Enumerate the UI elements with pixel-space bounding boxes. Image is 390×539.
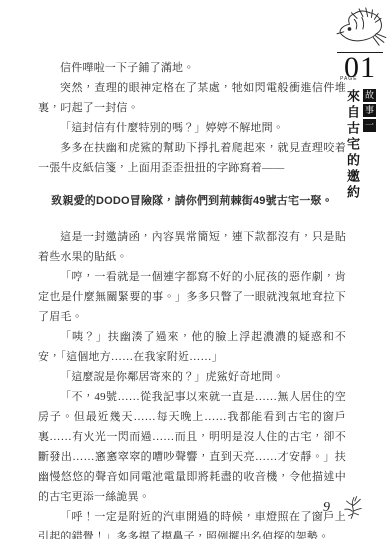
chapter-title: 來自古宅的邀約 [344,89,360,201]
paragraph: 「哼，一看就是一個連字都寫不好的小屁孩的惡作劇，肯定也是什麼無關緊要的事。」多多… [38,267,346,327]
story-label-char: 一 [363,119,376,132]
paragraph: 「咦？」扶幽湊了過來，他的臉上浮起濃濃的疑惑和不安，「這個地方……在我家附近……… [38,327,346,367]
book-page: 信件嘩啦一下子鋪了滿地。 突然，查理的眼神定格在了某處，牠如閃電般衝進信件堆裏，… [0,0,390,539]
paragraph: 「不，49號……從我記事以來就一直是……無人居住的空房子。但最近幾天……每天晚上… [38,387,346,507]
plant-sketch-icon [342,494,364,521]
paragraph: 突然，查理的眼神定格在了某處，牠如閃電般衝進信件堆裏，叼起了一封信。 [38,78,346,118]
page-footer: 9 [323,494,364,521]
chapter-title-block: 來自古宅的邀約 故 事 一 [344,89,376,201]
paragraph: 「呼！一定是附近的汽車開過的時候，車燈照在了窗戶上引起的錯覺！」多多摸了摸鼻子，… [38,507,346,539]
story-label: 故 事 一 [363,89,376,132]
paragraph: 「這封信有什麼特別的嗎？」婷婷不解地問。 [38,118,346,138]
chapter-header: 01 PAGE 來自古宅的邀約 故 事 一 [332,6,388,201]
paragraph: 這是一封邀請函，內容異常簡短，連下款都沒有，只是貼着些水果的貼紙。 [38,227,346,267]
page-number: 9 [323,500,330,516]
paragraph: 信件嘩啦一下子鋪了滿地。 [38,58,346,78]
page-word-label: PAGE [340,76,358,82]
bird-sketch-icon [333,6,387,50]
chapter-number-block: 01 PAGE [337,53,383,83]
story-label-char: 事 [363,104,376,117]
paragraph: 多多在扶幽和虎鯊的幫助下掙扎着爬起來，就見查理咬着一張牛皮紙信箋，上面用歪歪扭扭… [38,138,346,178]
invitation-letter-line: 致親愛的DODO冒險隊，請你們到荊棘街49號古宅一聚。 [38,191,346,211]
story-text: 信件嘩啦一下子鋪了滿地。 突然，查理的眼神定格在了某處，牠如閃電般衝進信件堆裏，… [38,58,346,539]
paragraph: 「這麼說是你鄰居寄來的？」虎鯊好奇地問。 [38,367,346,387]
story-label-char: 故 [363,89,376,102]
